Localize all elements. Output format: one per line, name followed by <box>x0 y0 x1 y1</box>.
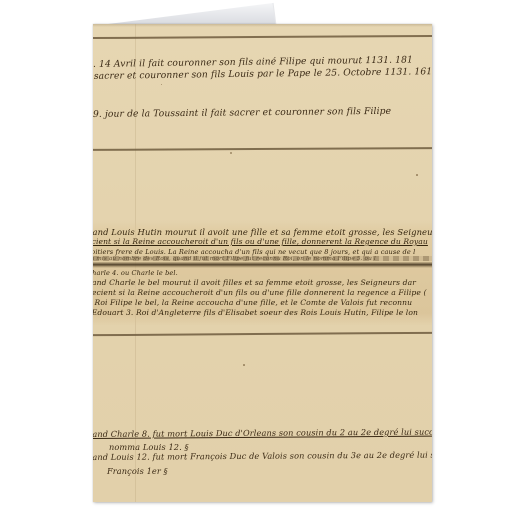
handwritten-line: uand Louis 12. fut mort François Duc de … <box>93 450 432 462</box>
handwritten-line: 19. jour de la Toussaint il fait sacrer … <box>93 106 391 120</box>
handwritten-line: Charle 4. ou Charle le bel. <box>93 269 178 277</box>
ruled-line <box>93 35 432 39</box>
handwritten-line: u Roi Filipe le bel, la Reine accoucha d… <box>93 298 412 307</box>
handwritten-line: decient si la Reine accoucheroit d'un fi… <box>93 288 427 297</box>
handwritten-line: uand Charle le bel mourut il avoit fille… <box>93 278 416 287</box>
paper-speck <box>243 364 245 366</box>
paper-speck <box>230 152 232 154</box>
handwritten-line: ecient si la Reine accoucheroit d'un fil… <box>93 237 428 246</box>
handwritten-line: l'Edouart 3. Roi d'Angleterre fils d'Eli… <box>93 308 418 317</box>
handwritten-line: uand Louis Hutin mourut il avoit une fil… <box>93 227 432 237</box>
handwritten-line: uand Charle 8. fut mort Louis Duc d'Orle… <box>93 426 432 439</box>
fold-shadow <box>93 256 432 261</box>
ruled-line <box>93 332 432 336</box>
greeting-card: 9. 14 Avril il fait couronner son fils a… <box>93 24 432 502</box>
paper-speck <box>161 84 162 85</box>
paper-fold <box>93 262 432 268</box>
handwritten-line: François 1er § <box>107 466 168 476</box>
paper-speck <box>416 174 418 176</box>
ruled-line <box>93 147 432 150</box>
handwritten-line: Poitiers frere de Louis. La Reine accouc… <box>93 248 415 256</box>
